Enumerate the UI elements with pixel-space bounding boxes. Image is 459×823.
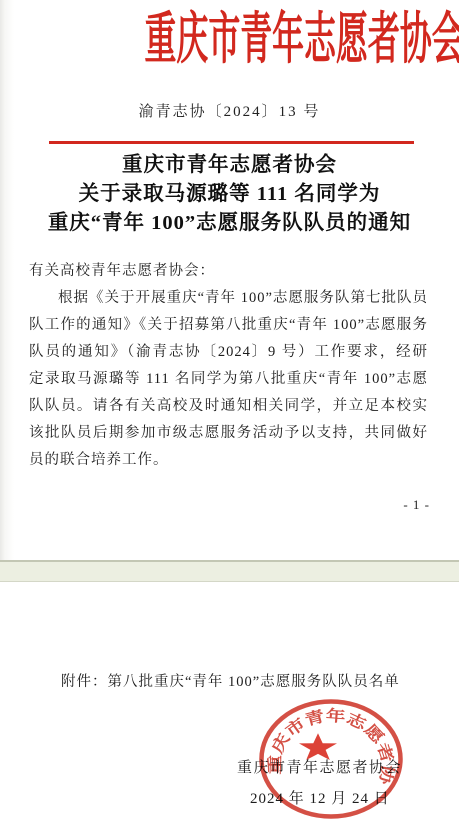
page-number: - 1 - [403, 497, 430, 513]
notice-title-line-3: 重庆“青年 100”志愿服务队队员的通知 [0, 209, 459, 238]
seal-arc-text: 重庆市青年志愿者协会 [256, 696, 397, 786]
body-line: 该批队员后期参加市级志愿服务活动予以支持，共同做好该批队 [29, 420, 428, 447]
seal-star [299, 733, 337, 760]
page-edge-shading [0, 0, 14, 561]
attachment-reference: 附件：第八批重庆“青年 100”志愿服务队队员名单 [61, 670, 400, 691]
red-letterhead-title: 重庆市青年志愿者协会文件 [0, 8, 459, 76]
notice-title: 重庆市青年志愿者协会 关于录取马源璐等 111 名同学为 重庆“青年 100”志… [0, 151, 459, 238]
body-line: 队员的通知》（渝青志协〔2024〕9 号）工作要求，经研究，决 [29, 339, 428, 366]
official-seal: 重庆市青年志愿者协会 [256, 696, 406, 823]
notice-title-line-1: 重庆市青年志愿者协会 [0, 151, 459, 180]
body-line: 根据《关于开展重庆“青年 100”志愿服务队第七批队员离 [29, 285, 428, 312]
letterhead-text: 重庆市青年志愿者协会文件 [144, 8, 459, 72]
salutation-line: 有关高校青年志愿者协会： [29, 258, 428, 285]
document-number: 渝青志协〔2024〕13 号 [0, 100, 459, 121]
notice-title-line-2: 关于录取马源璐等 111 名同学为 [0, 180, 459, 209]
page-separator [0, 560, 459, 582]
body-line: 队队员。请各有关高校及时通知相关同学，并立足本校实际，对 [29, 393, 428, 420]
document-viewer: 重庆市青年志愿者协会文件 渝青志协〔2024〕13 号 重庆市青年志愿者协会 关… [0, 0, 459, 823]
body-line: 员的联合培养工作。 [29, 447, 428, 474]
notice-body: 有关高校青年志愿者协会： 根据《关于开展重庆“青年 100”志愿服务队第七批队员… [29, 258, 428, 474]
body-line: 定录取马源璐等 111 名同学为第八批重庆“青年 100”志愿服务 [29, 366, 428, 393]
body-line: 队工作的通知》《关于招募第八批重庆“青年 100”志愿服务队 [29, 312, 428, 339]
red-divider-rule [49, 141, 414, 144]
